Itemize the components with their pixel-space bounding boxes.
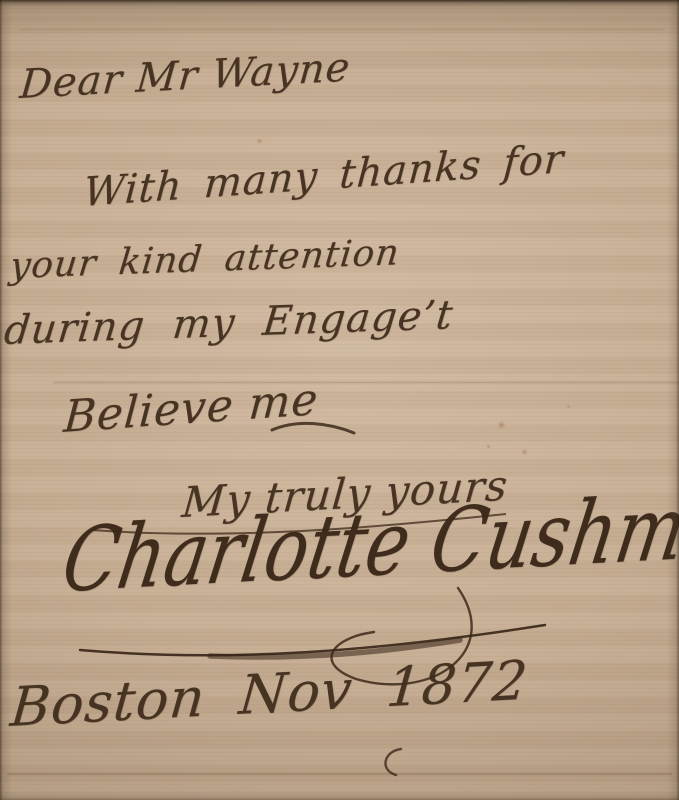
foxing-spot [486, 444, 491, 449]
foxing-spot [521, 449, 528, 455]
letter-photograph: Dear Mr Wayne With many thanks for your … [0, 0, 679, 800]
foxing-spot [497, 421, 506, 429]
foxing-spot [566, 404, 571, 409]
photo-edge-left [0, 0, 12, 800]
paper-crease-line [20, 29, 665, 30]
foxing-spot [256, 138, 263, 144]
paper-crease-line [7, 773, 672, 775]
photo-edge-bottom [0, 790, 679, 800]
paper-crease-line [54, 382, 679, 383]
photo-edge-top [0, 0, 679, 26]
photo-edge-right [667, 0, 679, 800]
